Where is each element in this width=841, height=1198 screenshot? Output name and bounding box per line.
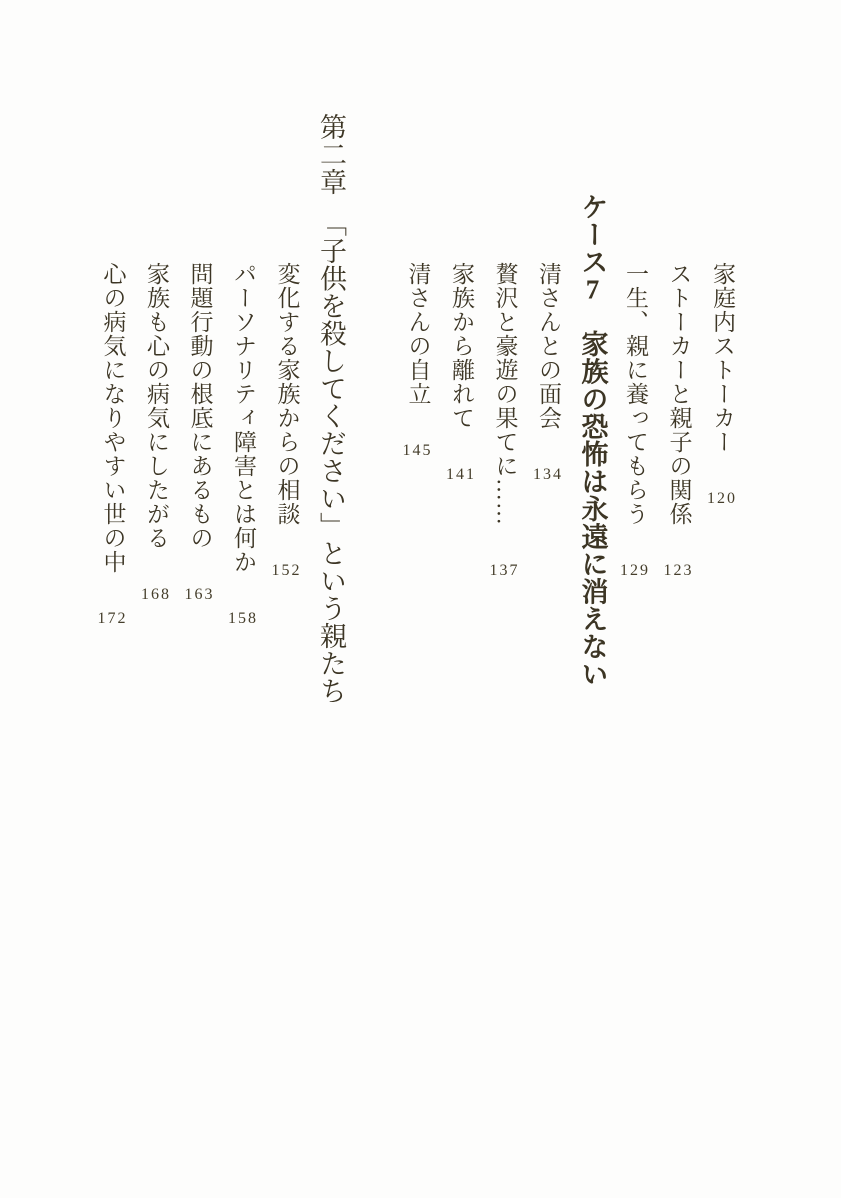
page-number: 137 (490, 562, 520, 579)
case-heading-title: 家族の恐怖は永遠に消えない (578, 303, 608, 688)
chapter-heading: 第二章 「子供を殺してください」という親たち (309, 113, 353, 1153)
page-number: 172 (98, 610, 128, 627)
entry-title: 変化する家族からの相談 (275, 262, 300, 526)
entry-title: 家族から離れて (449, 262, 474, 430)
entry-title: 贅沢と豪遊の果てに…… (493, 262, 518, 526)
toc-page: 家庭内ストーカー120 ストーカーと親子の関係123 一生、親に養ってもらう12… (0, 0, 841, 1198)
entry-title: 問題行動の根底にあるもの (188, 262, 213, 550)
page-number: 168 (141, 586, 171, 603)
page-number: 158 (228, 610, 258, 627)
page-number: 129 (620, 562, 650, 579)
toc-entry: 心の病気になりやすい世の中172 (91, 113, 135, 1153)
page-number: 152 (272, 562, 302, 579)
page-number: 145 (403, 442, 433, 459)
toc-entry: 清さんの自立145 (396, 113, 440, 1153)
toc-entry: 清さんとの面会134 (527, 113, 571, 1153)
toc-entry: 一生、親に養ってもらう129 (614, 113, 658, 1153)
entry-title: 家族も心の病気にしたがる (144, 262, 169, 550)
page-number: 134 (533, 466, 563, 483)
toc-entry: ストーカーと親子の関係123 (657, 113, 701, 1153)
entry-title: ストーカーと親子の関係 (667, 262, 692, 526)
toc-entry: 変化する家族からの相談152 (265, 113, 309, 1153)
case-heading-number: 7 (578, 276, 608, 303)
page-number: 163 (185, 586, 215, 603)
entry-title: 清さんとの面会 (536, 262, 561, 430)
toc-entry: 家庭内ストーカー120 (701, 113, 745, 1153)
entry-title: 心の病気になりやすい世の中 (101, 262, 126, 574)
toc-entry: 贅沢と豪遊の果てに……137 (483, 113, 527, 1153)
toc-entry: 家族から離れて141 (440, 113, 484, 1153)
page-number: 123 (664, 562, 694, 579)
page-number: 141 (446, 466, 476, 483)
toc-entry: パーソナリティ障害とは何か158 (222, 113, 266, 1153)
toc-entry: 家族も心の病気にしたがる168 (135, 113, 179, 1153)
case-heading: ケース7 家族の恐怖は永遠に消えない (570, 113, 614, 1153)
entry-title: 家庭内ストーカー (710, 262, 735, 454)
entry-title: パーソナリティ障害とは何か (231, 262, 256, 574)
page-number: 120 (707, 490, 737, 507)
entry-title: 清さんの自立 (406, 262, 431, 406)
entry-title: 一生、親に養ってもらう (623, 262, 648, 526)
table-of-contents: 家庭内ストーカー120 ストーカーと親子の関係123 一生、親に養ってもらう12… (91, 113, 744, 1153)
chapter-heading-title: 第二章 「子供を殺してください」という親たち (316, 113, 346, 705)
case-heading-prefix: ケース (578, 193, 608, 276)
toc-entry: 問題行動の根底にあるもの163 (178, 113, 222, 1153)
